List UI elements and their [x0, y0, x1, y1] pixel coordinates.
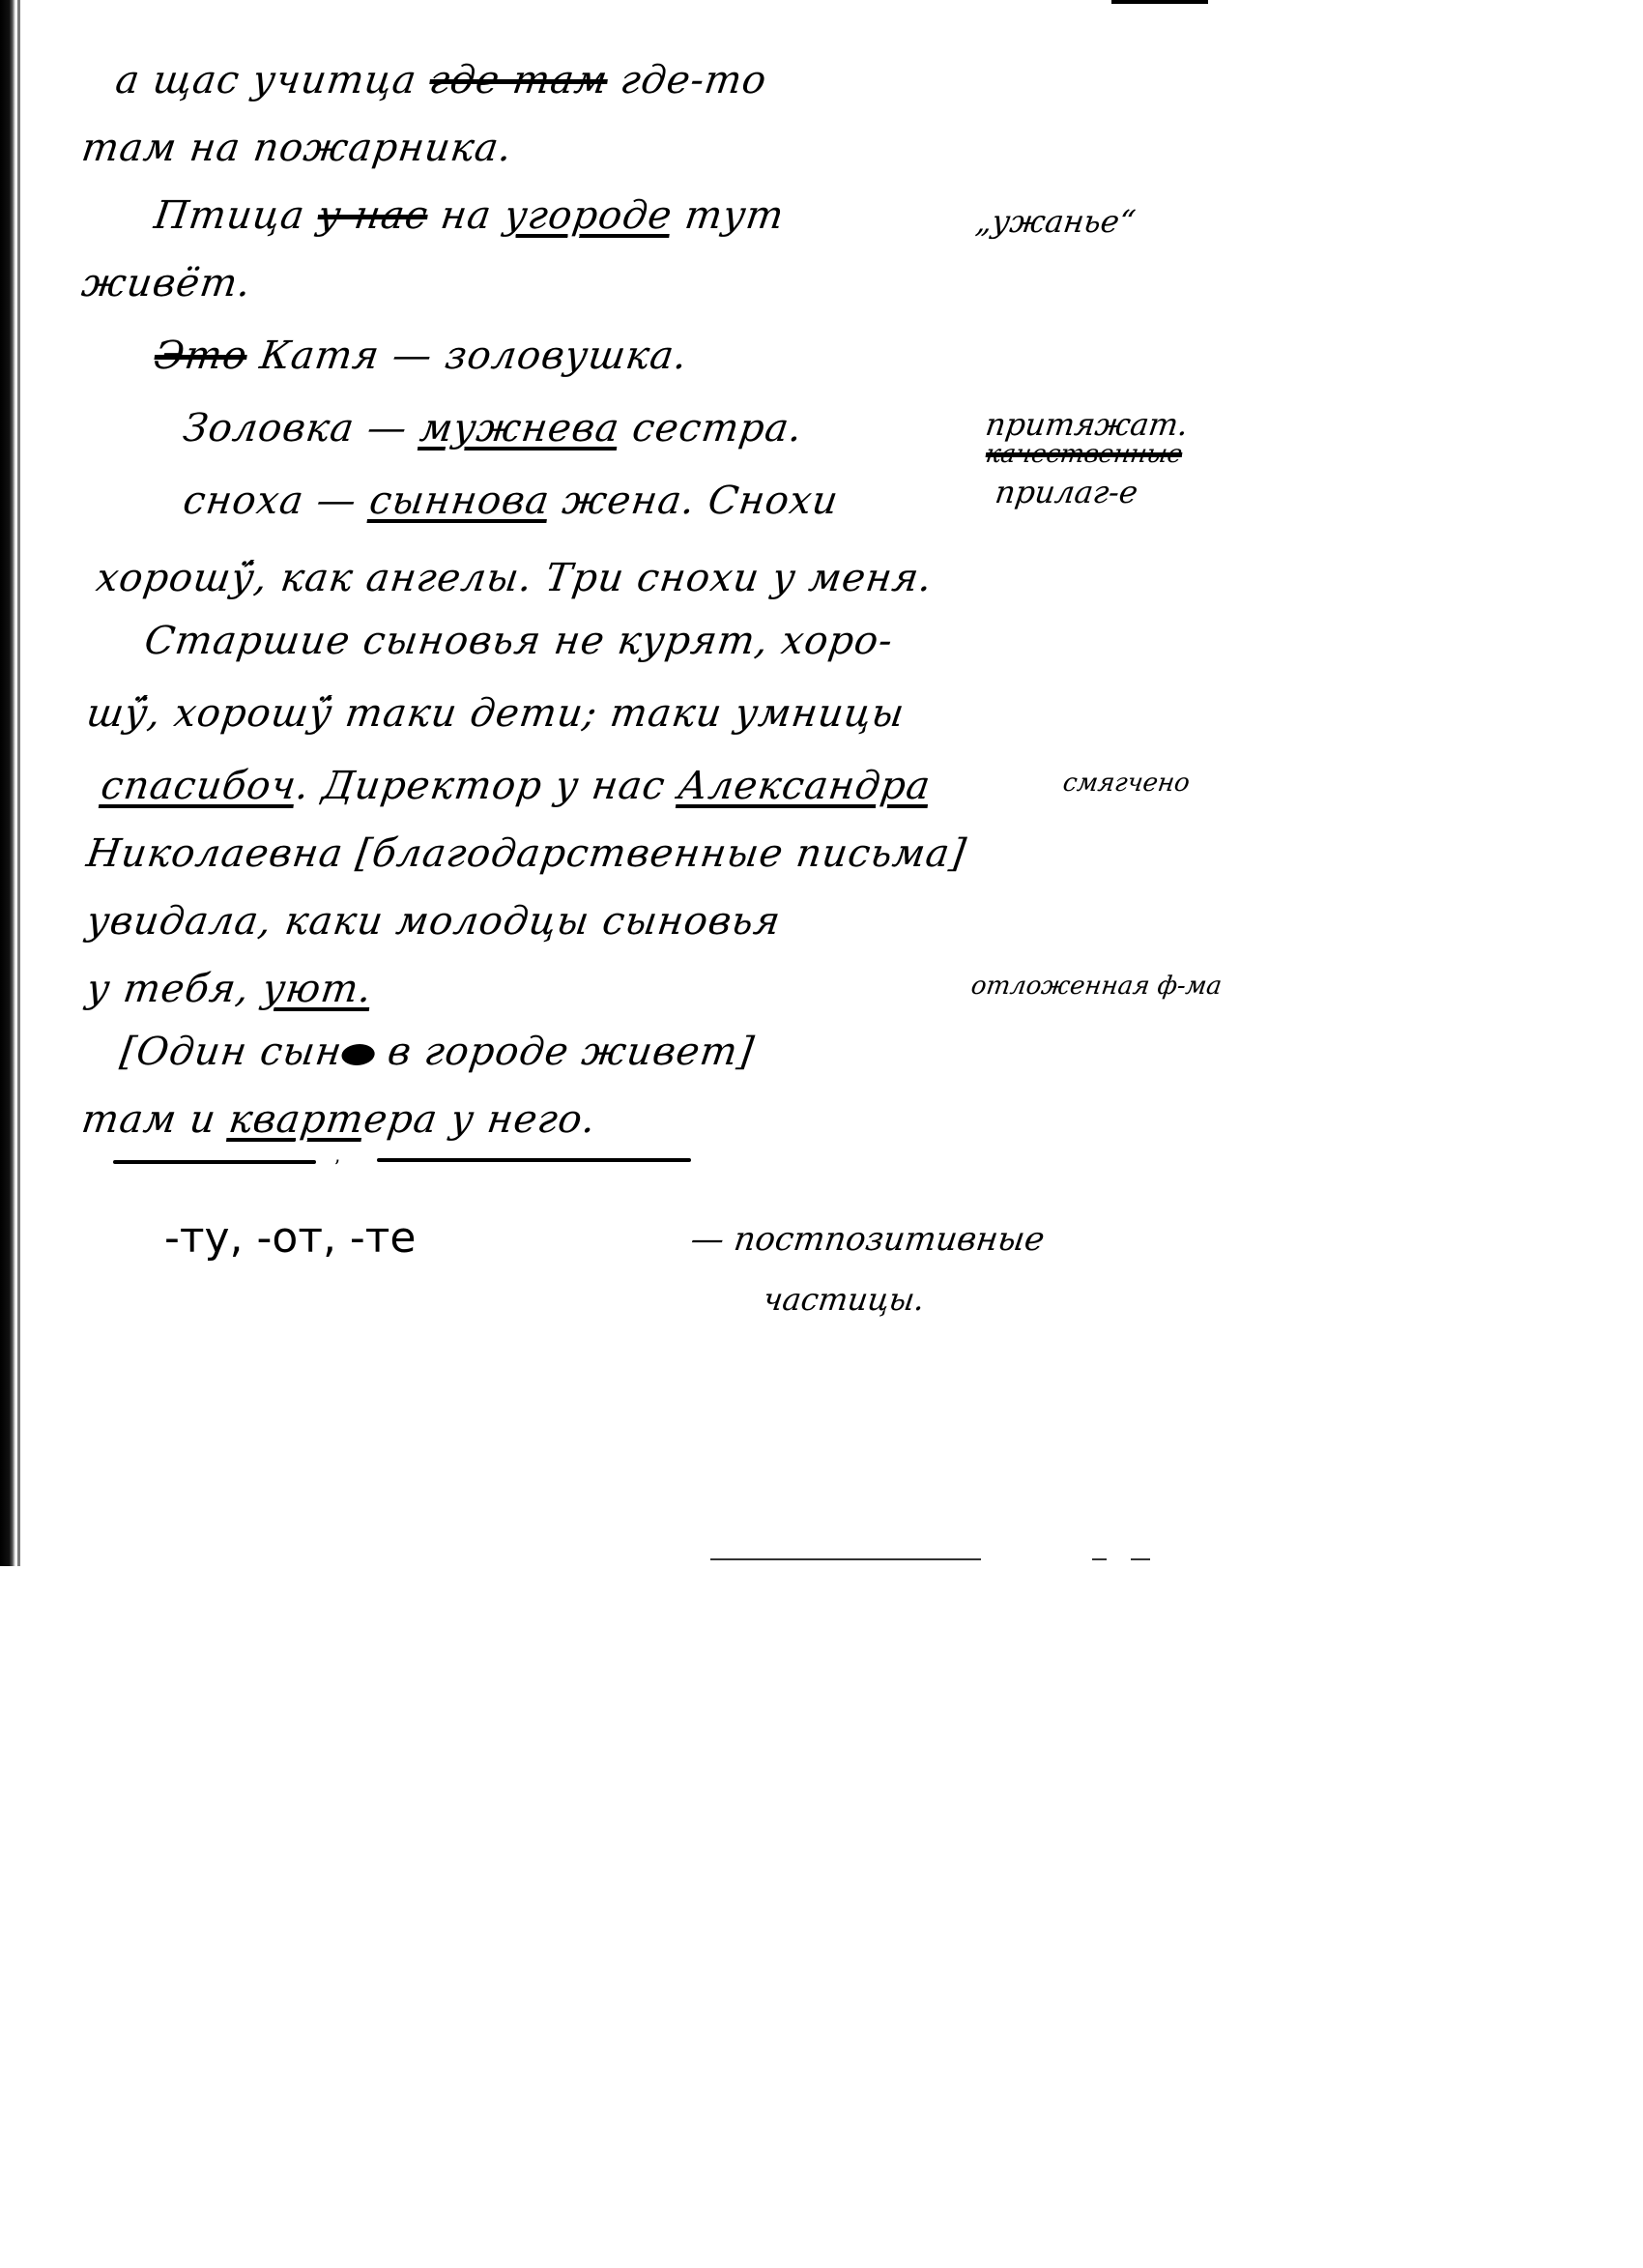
text: ера у него. — [360, 1097, 598, 1142]
text: Катя — золовушка. — [244, 334, 690, 378]
margin-note-1: „ужанье“ — [973, 203, 1138, 240]
text: жена. Снохи — [546, 479, 841, 523]
margin-note-2c: прилаг-е — [993, 474, 1139, 510]
line-7: сноха — сыннова жена. Снохи — [181, 479, 842, 523]
line-2: там на пожарника. — [79, 126, 515, 170]
footer-suffixes: -ту, -от, -те — [164, 1213, 417, 1263]
underlined-text: угороде — [502, 193, 676, 238]
text: там и — [79, 1097, 233, 1142]
line-6: Золовка — мужнева сестра. — [181, 406, 806, 451]
text: сестра. — [617, 406, 806, 451]
ink-blot — [340, 1044, 376, 1065]
underlined-text: уют. — [260, 967, 376, 1011]
margin-note-2b-struck: качественные — [984, 440, 1184, 469]
line-15: [Один сын в городе живет] — [118, 1030, 758, 1074]
text: . Директор у нас — [293, 764, 681, 808]
margin-note-4: отложенная ф-ма — [969, 972, 1224, 1001]
scan-artifact-line — [710, 1558, 981, 1560]
margin-note-2a: притяжат. — [983, 406, 1191, 443]
underlined-text: спасибоч — [99, 764, 300, 808]
top-edge-mark — [1111, 0, 1208, 4]
struck-text: Это — [152, 334, 250, 378]
binding-edge-shadow — [17, 0, 20, 1566]
binding-edge — [0, 0, 15, 1566]
text: [Один сын — [118, 1030, 345, 1074]
footer-term-line1: — постпозитивные — [688, 1220, 1047, 1259]
underlined-text: кварт — [226, 1097, 367, 1142]
scan-artifact-dash — [1131, 1558, 1150, 1560]
divider-mark: ʼ — [333, 1155, 339, 1178]
text: Золовка — — [181, 406, 423, 451]
line-16: там и квартера у него. — [79, 1097, 599, 1142]
line-1: а щас учитца где там где-то — [113, 58, 770, 102]
divider-left — [113, 1160, 316, 1164]
divider-right — [377, 1158, 691, 1162]
line-8: хорошӱ́, как ангелы. Три снохи у меня. — [94, 556, 936, 600]
scan-artifact-dash — [1092, 1558, 1107, 1560]
footer-term-line2: частицы. — [761, 1281, 927, 1318]
text: у тебя, — [84, 967, 266, 1011]
margin-note-3: смягчено — [1061, 769, 1192, 798]
line-9: Старшие сыновья не курят, хоро- — [142, 619, 896, 663]
line-4: живёт. — [79, 261, 254, 305]
struck-text: где там — [427, 58, 611, 102]
line-11: спасибоч. Директор у нас Александра — [99, 764, 934, 808]
underlined-text: мужнева — [418, 406, 622, 451]
line-5: Это Катя — золовушка. — [152, 334, 691, 378]
text: на — [424, 193, 507, 238]
line-13: увидала, каки молодцы сыновья — [84, 899, 784, 944]
text: а щас учитца — [113, 58, 433, 102]
line-10: шӱ́, хорошӱ́ таки дети; таки умницы — [84, 691, 908, 736]
line-14: у тебя, уют. — [84, 967, 375, 1011]
text: сноха — — [181, 479, 373, 523]
underlined-text: Александра — [676, 764, 934, 808]
text: тут — [669, 193, 787, 238]
struck-text: у нас — [315, 193, 431, 238]
text: Птица — [152, 193, 322, 238]
line-3: Птица у нас на угороде тут — [152, 193, 788, 238]
line-12: Николаевна [благодарственные письма] — [84, 831, 969, 876]
text: где-то — [605, 58, 770, 102]
text: в городе живет] — [372, 1030, 758, 1074]
underlined-text: сыннова — [366, 479, 552, 523]
